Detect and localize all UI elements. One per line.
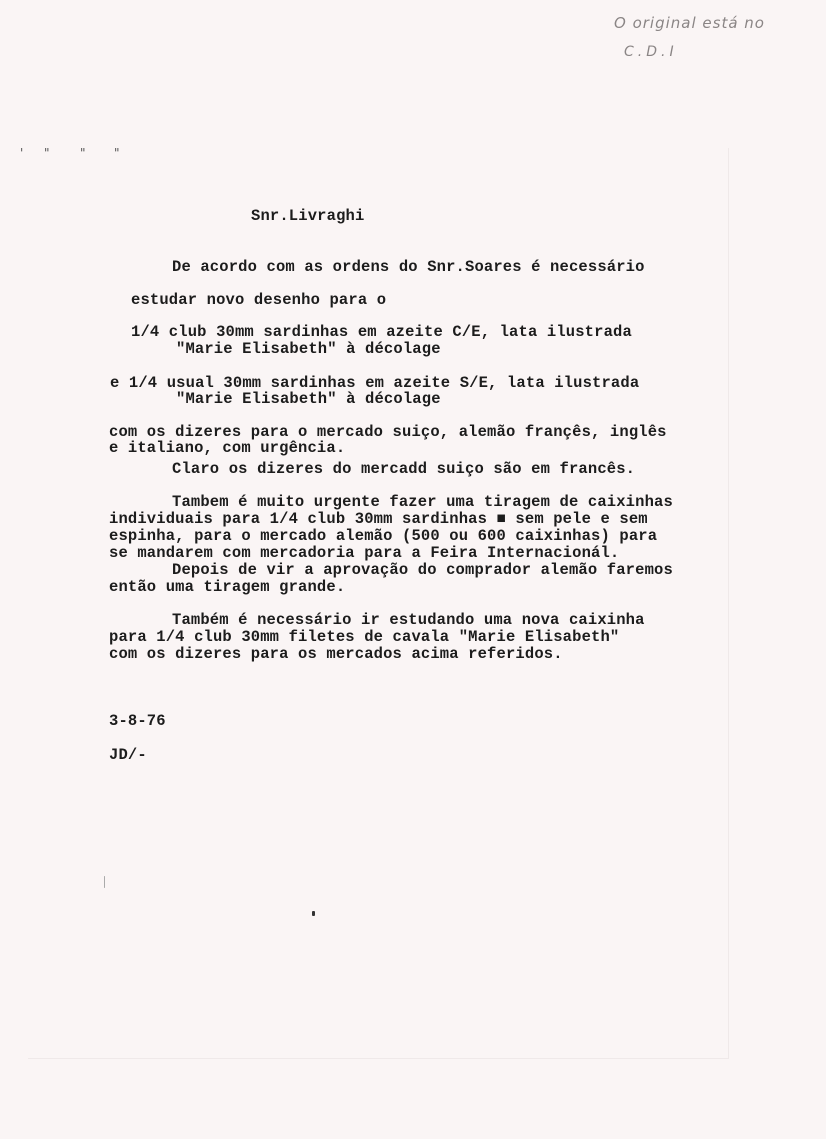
urgent-line: Depois de vir a aprovação do comprador a… [172,562,673,579]
stray-mark [312,911,315,916]
urgent-line: espinha, para o mercado alemão (500 ou 6… [109,528,657,545]
letter-date: 3-8-76 [109,713,166,730]
stray-mark [104,876,105,888]
margin-mark: " [44,146,50,160]
document-page: O original está no C.D.I ' " " " Snr.Liv… [0,0,826,1139]
paragraph-line: De acordo com as ordens do Snr.Soares é … [172,259,645,276]
closing-line: para 1/4 club 30mm filetes de cavala "Ma… [109,629,619,646]
letter-initials: JD/- [109,747,147,764]
product-item-2-line2: "Marie Elisabeth" à décolage [176,391,441,408]
addressee: Snr.Livraghi [251,208,364,225]
margin-mark: " [80,146,86,160]
margin-mark: ' [20,146,23,160]
closing-line: com os dizeres para os mercados acima re… [109,646,563,663]
product-item-1-line1: 1/4 club 30mm sardinhas em azeite C/E, l… [131,324,632,341]
closing-line: Também é necessário ir estudando uma nov… [172,612,645,629]
clarification-line: Claro os dizeres do mercadd suiço são em… [172,461,635,478]
handwritten-note-line1: O original está no [614,14,765,32]
inner-sheet-border [28,148,729,1059]
markets-line: e italiano, com urgência. [109,440,345,457]
margin-mark: " [114,146,120,160]
handwritten-note-line2: C.D.I [624,44,678,60]
urgent-line: individuais para 1/4 club 30mm sardinhas… [109,511,648,528]
urgent-line: se mandarem com mercadoria para a Feira … [109,545,619,562]
product-item-1-line2: "Marie Elisabeth" à décolage [176,341,441,358]
urgent-line: Tambem é muito urgente fazer uma tiragem… [172,494,673,511]
paragraph-line: estudar novo desenho para o [131,292,386,309]
urgent-line: então uma tiragem grande. [109,579,345,596]
